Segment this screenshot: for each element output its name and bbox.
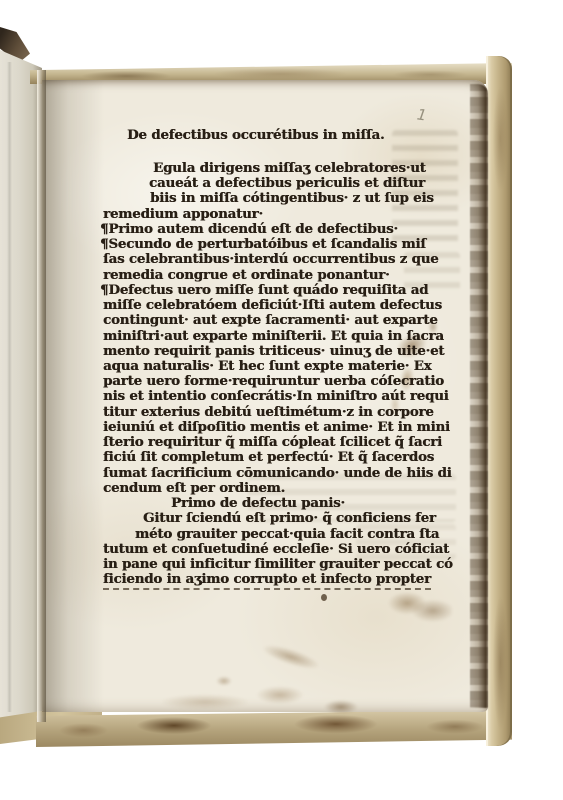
text-line: ieiuniú et diſpoſitio mentis et anime· E… (103, 420, 450, 435)
heading-line: De defectibus occurétibus in miſſa. (127, 128, 384, 143)
page-text: De defectibus occurétibus in miſſa.Egula… (0, 0, 563, 800)
text-line: parte uero forme·requiruntur uerba cóſec… (103, 374, 444, 389)
text-line: ficiendo in aʒimo corrupto et infecto pr… (103, 572, 431, 590)
text-line: cendum eſt per ordinem. (103, 481, 285, 496)
text-line: titur exterius debitú ueſtimétum·z in co… (103, 405, 434, 420)
text-line: aqua naturalis· Et hec ſunt expte materi… (103, 359, 431, 374)
text-line: tutum et conſuetudiné eccleſie· Si uero … (103, 542, 449, 557)
text-line: ¶Secundo de perturbatóibus et ſcandalis … (100, 237, 426, 252)
text-line: miſſe celebratóem deficiút·Iſti autem de… (103, 298, 442, 313)
text-line: mento requirit panis triticeus· uinuʒ de… (103, 344, 444, 359)
text-line: in pane qui inficitur ſimiliter grauiter… (103, 557, 453, 572)
text-line: ſterio requiritur q̃ miſſa cópleat ſcili… (103, 435, 442, 450)
text-line: ¶Primo autem dicendú eſt de defectibus· (100, 222, 398, 237)
book-photograph: 1 De defectibus occurétibus in miſſa.Egu… (0, 0, 563, 800)
text-line: ſumat ſacrificium cōmunicando· unde de h… (103, 466, 452, 481)
text-line: méto grauiter peccat·quia facit contra ſ… (135, 527, 439, 542)
text-line: caueát a defectibus periculis et diſtur (149, 176, 425, 191)
text-line: contingunt· aut expte ſacramenti· aut ex… (103, 313, 438, 328)
text-line: ſas celebrantibus·interdú occurrentibus … (103, 252, 438, 267)
text-line: ¶Defectus uero miſſe ſunt quádo requiſit… (100, 283, 428, 298)
subheading-line: Primo de defectu panis· (171, 496, 345, 511)
text-line: miniſtri·aut exparte miniſterii. Et quia… (103, 329, 444, 344)
text-line: remedia congrue et ordinate ponantur· (103, 268, 389, 283)
text-line: Egula dirigens miſſaʒ celebratores·ut (153, 161, 426, 176)
text-line: Gitur ſciendú eſt primo· q̃ conficiens f… (143, 511, 436, 526)
text-line: biis in miſſa cótingentibus· z ut ſup ei… (150, 191, 434, 206)
text-line: ficiú ſit completum et perfectú· Et q̃ ſ… (103, 450, 434, 465)
text-line: nis et intentio conſecrátis·In miniſtro … (103, 389, 449, 404)
text-line: remedium apponatur· (103, 207, 263, 222)
